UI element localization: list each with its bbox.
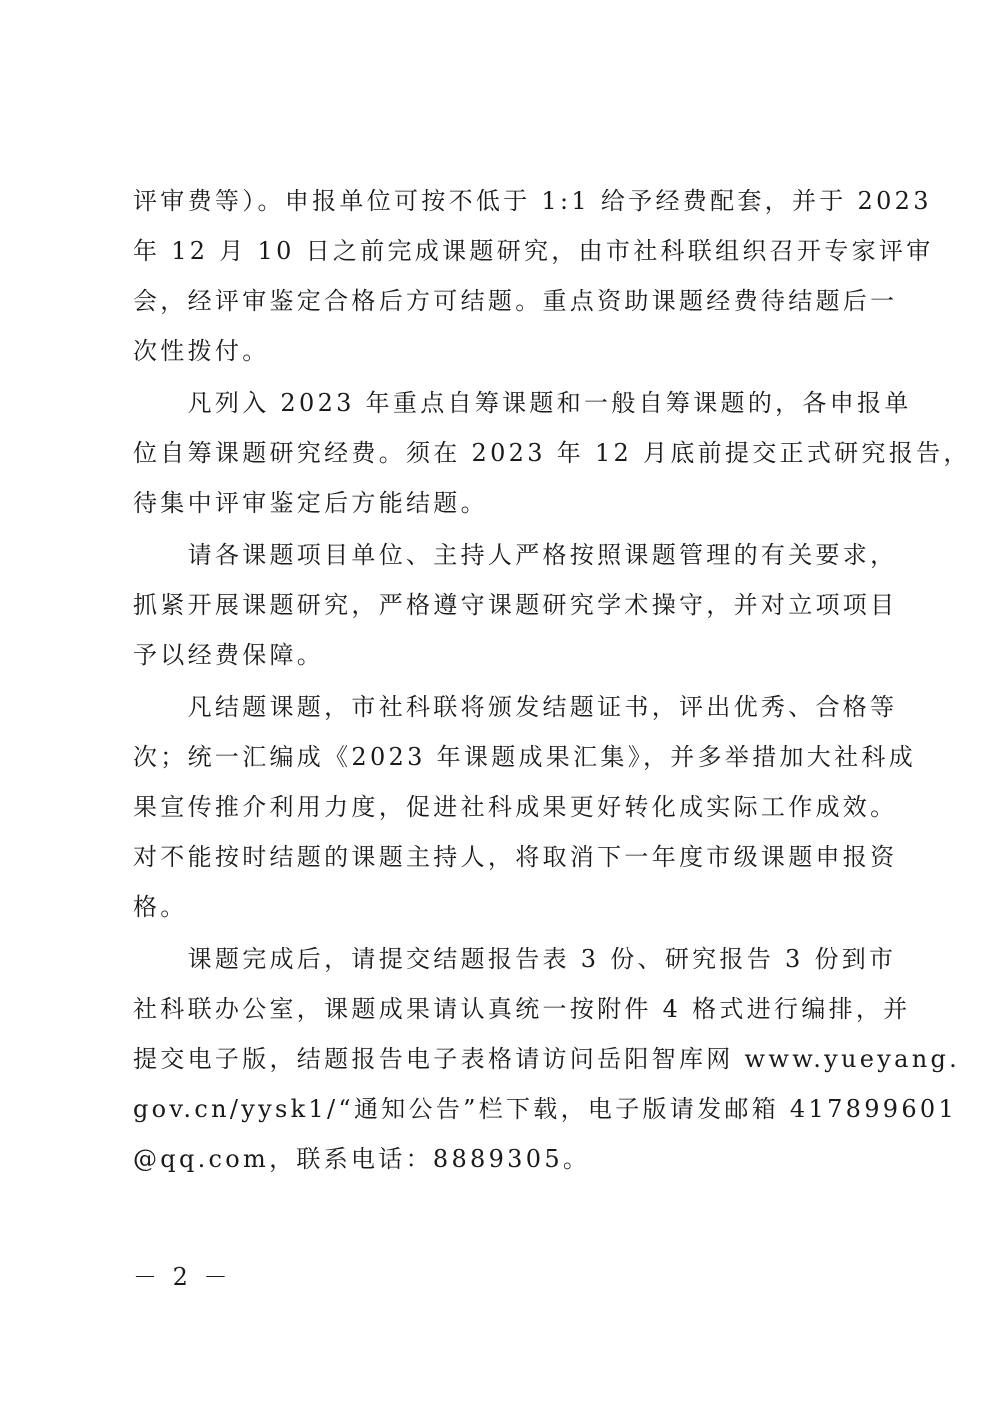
text-line: 次性拨付。 [133,326,270,376]
text-line: 会，经评审鉴定合格后方可结题。重点资助课题经费待结题后一 [133,276,897,326]
document-page: 评审费等）。申报单位可按不低于 1:1 给予经费配套，并于 2023 年 12 … [0,0,1000,1414]
text-line: 社科联办公室，课题成果请认真统一按附件 4 格式进行编排，并 [133,984,911,1034]
page-number: － 2 － [133,1262,232,1292]
text-line: 凡列入 2023 年重点自筹课题和一般自筹课题的，各申报单 [133,378,912,428]
text-line: 位自筹课题研究经费。须在 2023 年 12 月底前提交正式研究报告， [133,428,971,478]
text-line: 予以经费保障。 [133,630,324,680]
text-line: 对不能按时结题的课题主持人，将取消下一年度市级课题申报资 [133,832,897,882]
text-line: @qq.com，联系电话：8889305。 [133,1134,590,1184]
text-line: 待集中评审鉴定后方能结题。 [133,478,488,528]
text-line: 抓紧开展课题研究，严格遵守课题研究学术操守，并对立项项目 [133,580,897,630]
text-line: 提交电子版，结题报告电子表格请访问岳阳智库网 www.yueyang. [133,1034,960,1084]
text-line: 年 12 月 10 日之前完成课题研究，由市社科联组织召开专家评审 [133,226,934,276]
text-line: 请各课题项目单位、主持人严格按照课题管理的有关要求， [133,530,897,580]
text-line: 凡结题课题，市社科联将颁发结题证书，评出优秀、合格等 [133,682,897,732]
text-line: 格。 [133,882,188,932]
text-line: 课题完成后，请提交结题报告表 3 份、研究报告 3 份到市 [133,934,896,984]
text-line: 次；统一汇编成《2023 年课题成果汇集》，并多举措加大社科成 [133,732,916,782]
text-line: 果宣传推介利用力度，促进社科成果更好转化成实际工作成效。 [133,782,897,832]
text-line: gov.cn/yysk1/“通知公告”栏下载，电子版请发邮箱 417899601 [133,1084,957,1134]
text-line: 评审费等）。申报单位可按不低于 1:1 给予经费配套，并于 2023 [133,176,932,226]
